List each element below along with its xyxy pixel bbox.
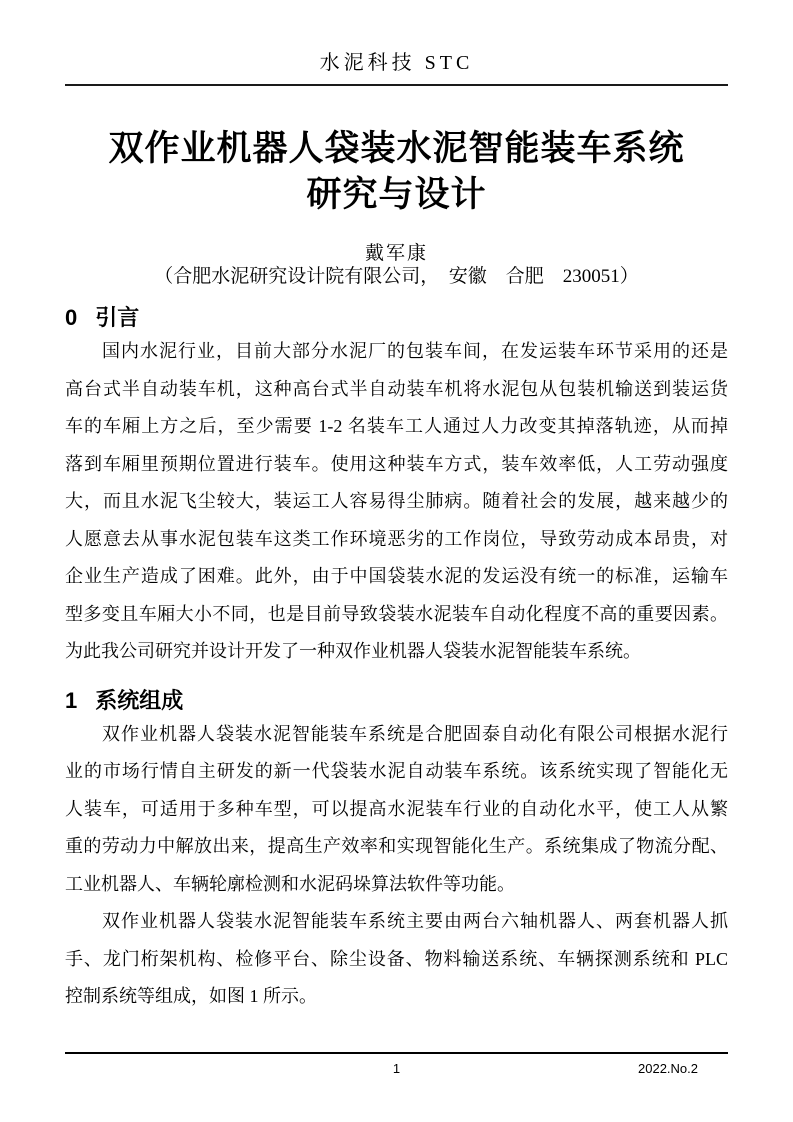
paragraph: 国内水泥行业，目前大部分水泥厂的包装车间，在发运装车环节采用的还是高台式半自动装… <box>65 333 728 671</box>
paragraph-line: 重的劳动力中解放出来，提高生产效率和实现智能化生产。系统集成了物流分配、 <box>65 828 728 866</box>
section-title: 引言 <box>95 305 139 330</box>
paragraph-line: 双作业机器人袋装水泥智能装车系统主要由两台六轴机器人、两套机器人抓 <box>65 903 728 941</box>
paragraph-line: 双作业机器人袋装水泥智能装车系统是合肥固泰自动化有限公司根据水泥行 <box>65 716 728 754</box>
author-name: 戴军康 <box>65 242 728 265</box>
footer-rule <box>65 1052 728 1054</box>
affiliation: （合肥水泥研究设计院有限公司， 安徽 合肥 230051） <box>65 265 728 288</box>
paragraph-line: 高台式半自动装车机，这种高台式半自动装车机将水泥包从包装机输送到装运货 <box>65 371 728 409</box>
page-title-line-1: 双作业机器人袋装水泥智能装车系统 <box>65 126 728 172</box>
paragraph-line: 国内水泥行业，目前大部分水泥厂的包装车间，在发运装车环节采用的还是 <box>65 333 728 371</box>
paragraph: 双作业机器人袋装水泥智能装车系统是合肥固泰自动化有限公司根据水泥行业的市场行情自… <box>65 716 728 904</box>
document-page: 水泥科技 STC 双作业机器人袋装水泥智能装车系统 研究与设计 戴军康 （合肥水… <box>0 0 793 1122</box>
paragraph-line: 车的车厢上方之后，至少需要 1-2 名装车工人通过人力改变其掉落轨迹，从而掉 <box>65 408 728 446</box>
paragraph-line: 控制系统等组成，如图 1 所示。 <box>65 978 728 1016</box>
journal-header: 水泥科技 STC <box>65 0 728 75</box>
paragraph-line: 大，而且水泥飞尘较大，装运工人容易得尘肺病。随着社会的发展，越来越少的 <box>65 483 728 521</box>
paragraph-line: 工业机器人、车辆轮廓检测和水泥码垛算法软件等功能。 <box>65 866 728 904</box>
paragraph-line: 人装车，可适用于多种车型，可以提高水泥装车行业的自动化水平，使工人从繁 <box>65 791 728 829</box>
paragraph-line: 手、龙门桁架机构、检修平台、除尘设备、物料输送系统、车辆探测系统和 PLC <box>65 941 728 979</box>
header-rule <box>65 84 728 86</box>
paragraph-line: 人愿意去从事水泥包装车这类工作环境恶劣的工作岗位，导致劳动成本昂贵，对 <box>65 521 728 559</box>
paragraph-line: 型多变且车厢大小不同，也是目前导致袋装水泥装车自动化程度不高的重要因素。 <box>65 596 728 634</box>
section-heading-0: 0引言 <box>65 305 728 331</box>
paragraph-line: 业的市场行情自主研发的新一代袋装水泥自动装车系统。该系统实现了智能化无 <box>65 753 728 791</box>
paragraph-line: 为此我公司研究并设计开发了一种双作业机器人袋装水泥智能装车系统。 <box>65 633 728 671</box>
page-title-line-2: 研究与设计 <box>65 172 728 218</box>
paragraph-line: 企业生产造成了困难。此外，由于中国袋装水泥的发运没有统一的标准，运输车 <box>65 558 728 596</box>
page-content: 水泥科技 STC 双作业机器人袋装水泥智能装车系统 研究与设计 戴军康 （合肥水… <box>65 0 728 1016</box>
page-title: 双作业机器人袋装水泥智能装车系统 研究与设计 <box>65 126 728 218</box>
section-heading-1: 1系统组成 <box>65 688 728 714</box>
section-number: 0 <box>65 305 77 331</box>
section-number: 1 <box>65 688 77 714</box>
footer-issue-number: 2022.No.2 <box>638 1060 698 1078</box>
paragraph: 双作业机器人袋装水泥智能装车系统主要由两台六轴机器人、两套机器人抓手、龙门桁架机… <box>65 903 728 1016</box>
section-title: 系统组成 <box>95 688 183 713</box>
article-body: 0引言国内水泥行业，目前大部分水泥厂的包装车间，在发运装车环节采用的还是高台式半… <box>65 305 728 1016</box>
paragraph-line: 落到车厢里预期位置进行装车。使用这种装车方式，装车效率低，人工劳动强度 <box>65 446 728 484</box>
